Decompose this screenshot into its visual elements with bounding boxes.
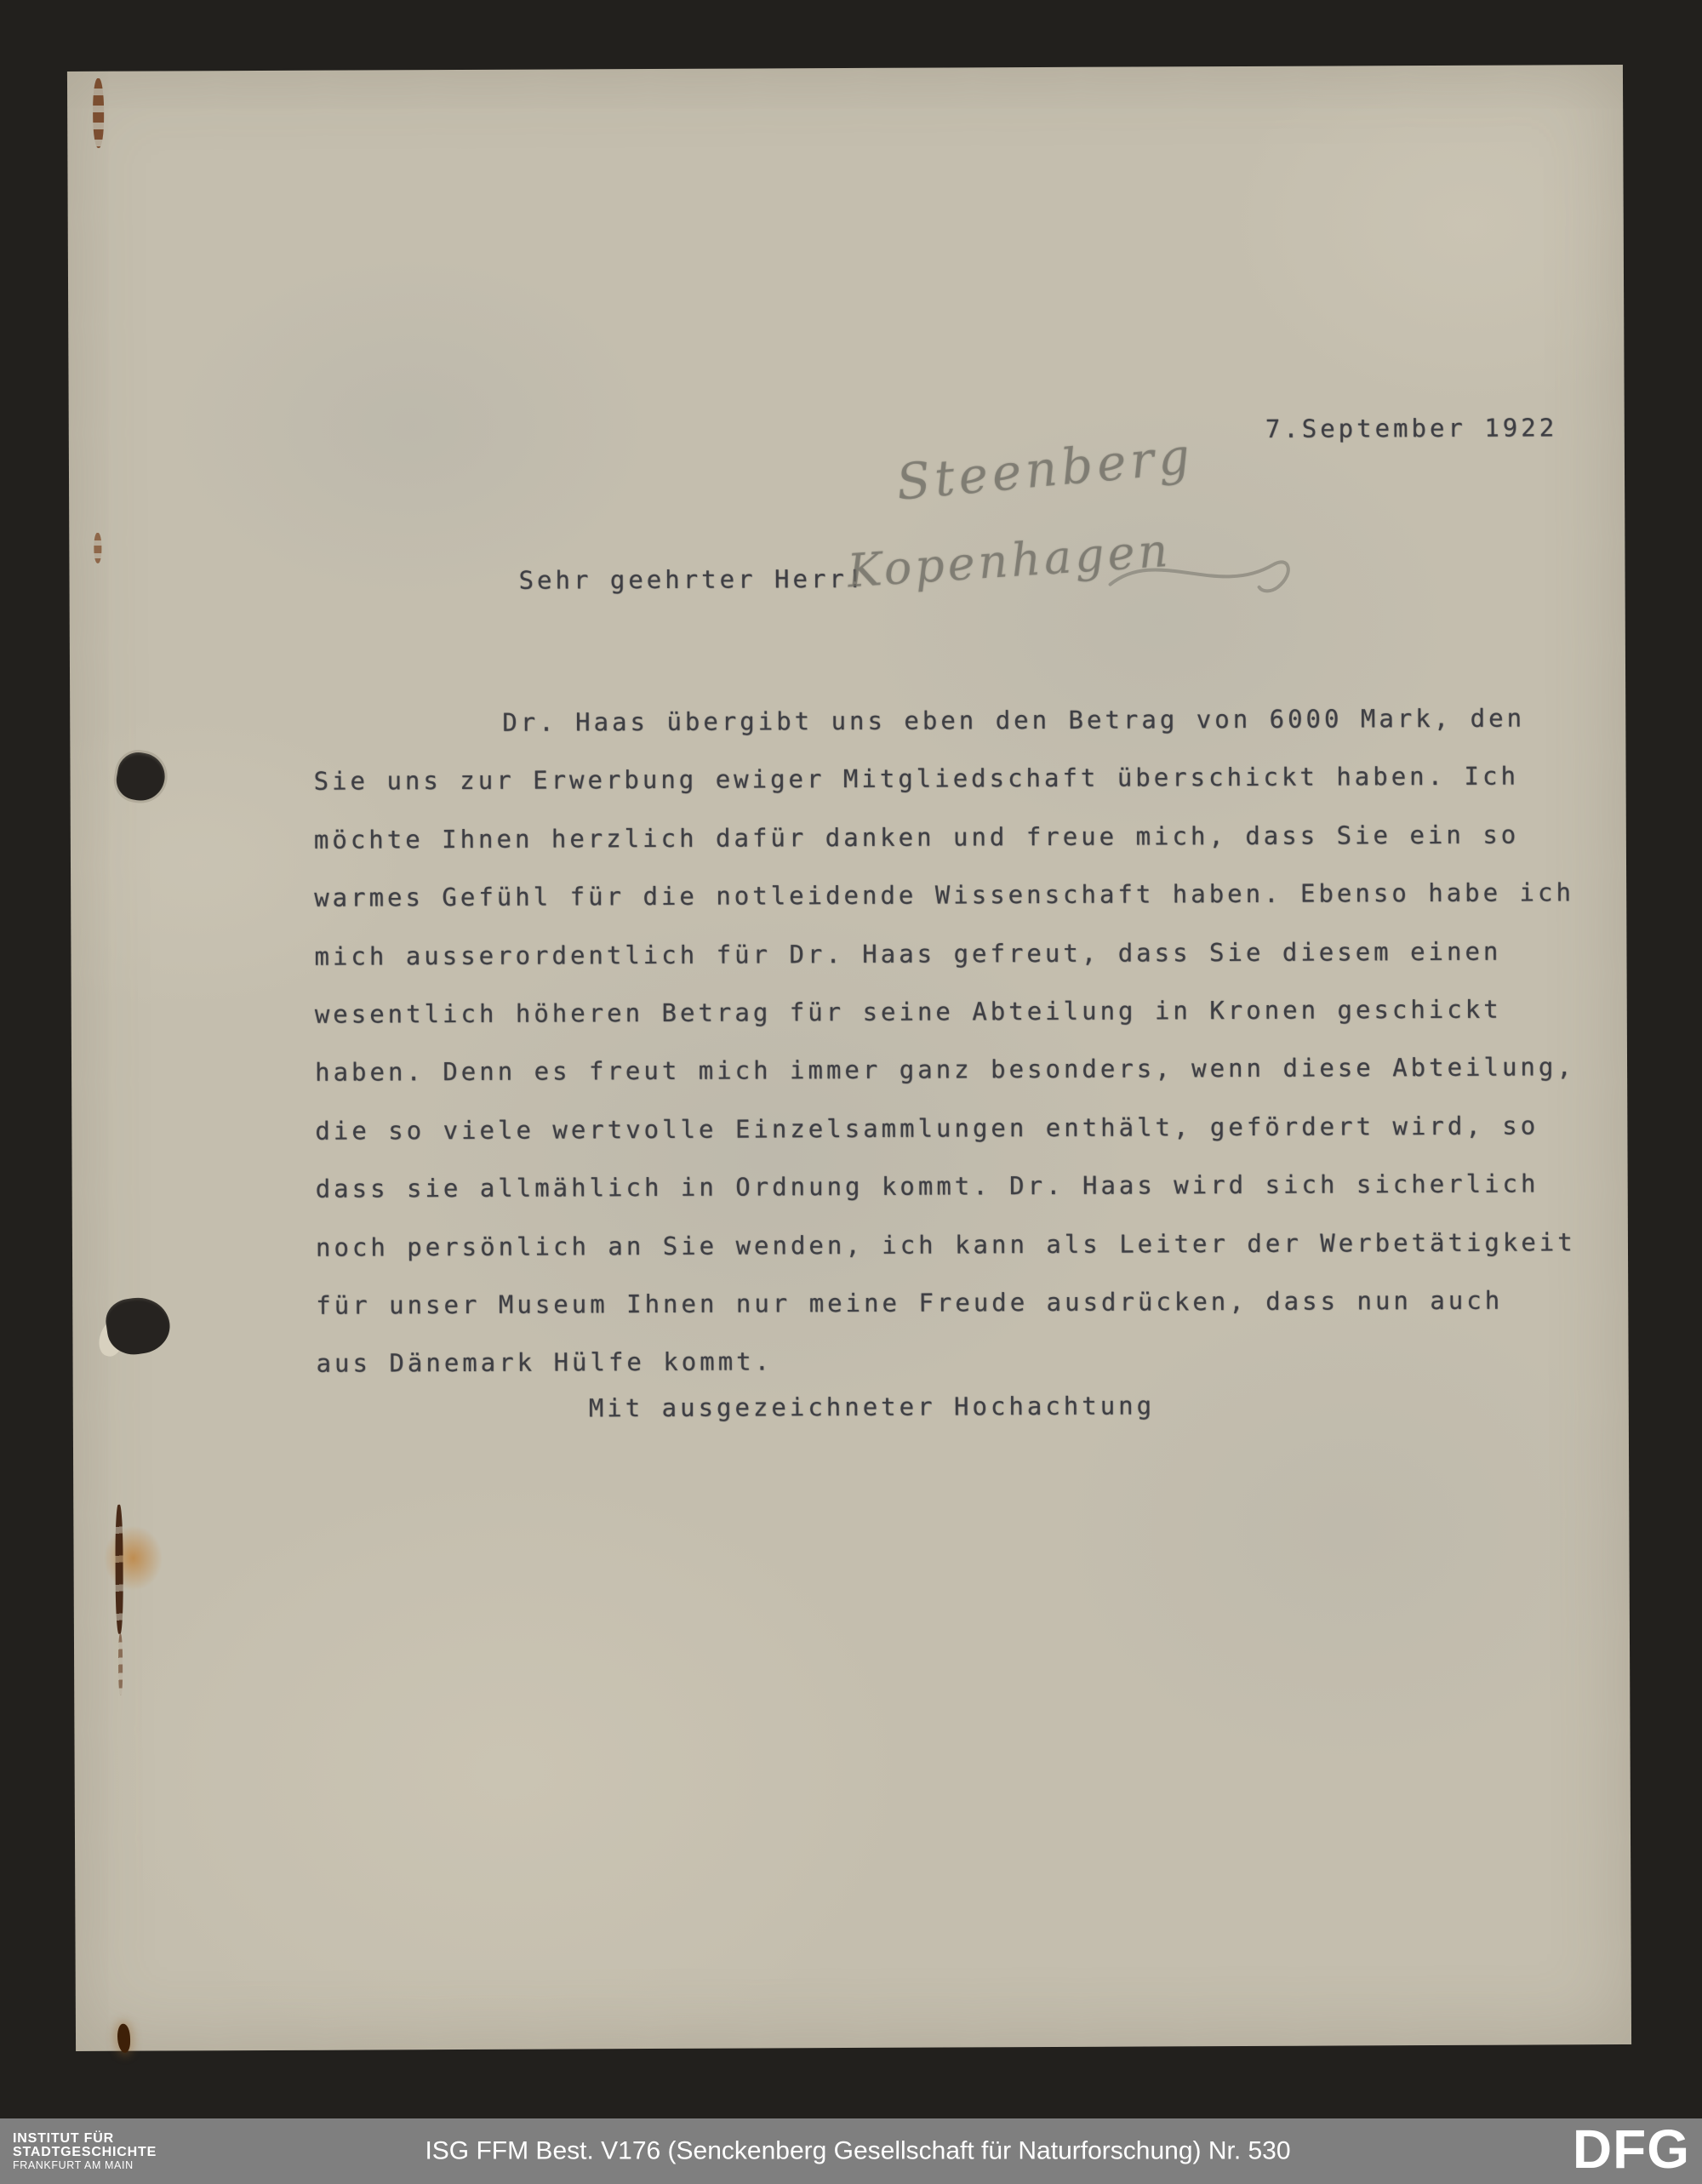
typed-line: Sie uns zur Erwerbung ewiger Mitgliedsch… <box>313 747 1573 811</box>
scan-background: { "letter": { "date": "7.September 1922"… <box>0 0 1702 2184</box>
typed-line: Dr. Haas übergibt uns eben den Betrag vo… <box>313 689 1573 752</box>
typed-line: mich ausserordentlich für Dr. Haas gefre… <box>314 922 1574 986</box>
typed-line: für unser Museum Ihnen nur meine Freude … <box>316 1271 1576 1335</box>
punch-hole-top <box>113 749 168 804</box>
typed-line: aus Dänemark Hülfe kommt. <box>316 1329 1576 1393</box>
rust-stain-top-edge <box>93 78 104 148</box>
letter-date: 7.September 1922 <box>1265 413 1558 443</box>
typed-line: die so viele wertvolle Einzelsammlungen … <box>315 1096 1575 1160</box>
handwriting-flourish <box>1105 531 1318 626</box>
letter-closing: Mit ausgezeichneter Hochachtung <box>589 1391 1155 1422</box>
typed-line: warmes Gefühl für die notleidende Wissen… <box>314 863 1574 927</box>
typed-line: möchte Ihnen herzlich dafür danken und f… <box>314 805 1574 869</box>
typed-line: noch persönlich an Sie wenden, ich kann … <box>316 1213 1576 1277</box>
rust-stain-halo <box>92 1512 174 1603</box>
archive-reference-caption: ISG FFM Best. V176 (Senckenberg Gesellsc… <box>0 2136 1702 2165</box>
rust-stain-tail <box>118 1634 123 1695</box>
dfg-logo: DFG <box>1573 2118 1690 2181</box>
typed-line: haben. Denn es freut mich immer ganz bes… <box>315 1038 1575 1102</box>
rust-stain-bottom-edge <box>117 2024 130 2053</box>
rust-stain-streak <box>115 1505 123 1634</box>
rust-stain-upper-left <box>94 533 101 563</box>
letter-salutation: Sehr geehrter Herr! <box>518 564 865 595</box>
handwritten-name: Steenberg <box>894 426 1197 512</box>
typed-line: wesentlich höheren Betrag für seine Abte… <box>315 980 1575 1043</box>
archive-caption-bar: INSTITUT FÜR STADTGESCHICHTE FRANKFURT A… <box>0 2118 1702 2184</box>
typed-line: dass sie allmählich in Ordnung kommt. Dr… <box>316 1154 1576 1218</box>
letter-page: 7.September 1922 Sehr geehrter Herr! Ste… <box>67 65 1631 2051</box>
letter-body: Dr. Haas übergibt uns eben den Betrag vo… <box>313 689 1576 1392</box>
